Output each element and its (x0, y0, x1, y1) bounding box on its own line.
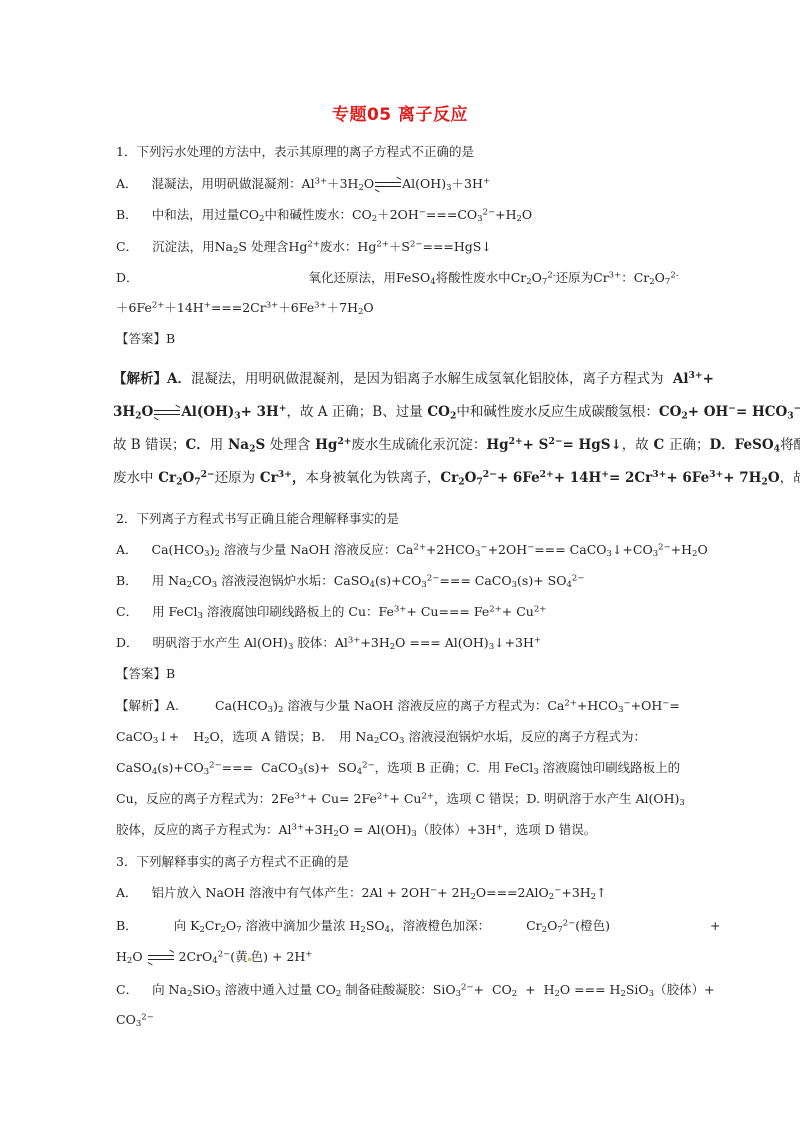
option-label: D． (116, 270, 139, 285)
question-2-stem: 2．下列离子方程式书写正确且能合理解释事实的是 (116, 510, 399, 528)
option-text: 混凝法，用明矾做混凝剂： (152, 176, 302, 191)
question-stem: 下列污水处理的方法中，表示其原理的离子方程式不正确的是 (136, 144, 474, 159)
question-2-analysis-line-5: 胶体，反应的离子方程式为：Al3++3H2O = Al(OH)3（胶体）+3H+… (116, 821, 596, 839)
answer-label: 【答案】 (116, 666, 166, 681)
analysis-label: 【解析】 (113, 371, 167, 387)
question-3-option-c-cont: CO32− (116, 1011, 154, 1029)
question-2-option-c: C．用 FeCl3 溶液腐蚀印刷线路板上的 Cu：Fe3++ Cu=== Fe2… (116, 603, 546, 621)
question-2-analysis-line-1: 【解析】A.Ca(HCO3)2 溶液与少量 NaOH 溶液反应的离子方程式为：C… (116, 697, 680, 715)
equilibrium-arrow-icon (148, 954, 174, 962)
question-1-option-a: A．混凝法，用明矾做混凝剂：Al3+＋3H2OAl(OH)3＋3H+ (116, 175, 490, 193)
question-1-analysis-line-3: 故 B 错误；C．用 Na2S 处理含 Hg2+废水生成硫化汞沉淀：Hg2++ … (113, 436, 800, 454)
question-2-option-d: D．明矾溶于水产生 Al(OH)3 胶体：Al3++3H2O === Al(OH… (116, 634, 541, 652)
question-1-analysis-line-2: 3H2OAl(OH)3+ 3H+，故 A 正确；B、过量 CO2中和碱性废水反应… (113, 403, 800, 421)
question-2-analysis-line-4: Cu，反应的离子方程式为：2Fe3++ Cu= 2Fe2++ Cu2+，选项 C… (116, 790, 685, 808)
question-2-analysis-line-3: CaSO4(s)+CO32−=== CaCO3(s)+ SO42−，选项 B 正… (116, 759, 680, 777)
question-1-option-d: D．氧化还原法，用FeSO4将酸性废水中Cr2O72-还原为Cr3+：Cr2O7… (116, 269, 679, 287)
question-1-option-d-cont: ＋6Fe2+＋14H+===2Cr3+＋6Fe3+＋7H2O (116, 299, 374, 317)
option-label: B． (116, 207, 138, 222)
question-2-answer: 【答案】B (116, 665, 175, 683)
question-number: 3． (116, 854, 136, 869)
answer-value: B (166, 331, 175, 346)
document-page: 专题05 离子反应 1．下列污水处理的方法中，表示其原理的离子方程式不正确的是 … (0, 0, 800, 1132)
question-1-answer: 【答案】B (116, 330, 175, 348)
equilibrium-arrow-icon (375, 181, 401, 189)
option-text-2: 中和碱性废水： (264, 207, 352, 222)
question-1-option-c: C．沉淀法，用Na2S 处理含Hg2+废水：Hg2+＋S2−===HgS↓ (116, 238, 492, 256)
answer-label: 【答案】 (116, 331, 166, 346)
analysis-label: 【解析】 (116, 698, 166, 713)
option-text: 氧化还原法，用 (309, 270, 397, 285)
question-2-option-b: B．用 Na2CO3 溶液浸泡锅炉水垢：CaSO4(s)+CO32−=== Ca… (116, 572, 584, 590)
option-text: 沉淀法，用 (152, 239, 215, 254)
option-text-3: 废水： (320, 239, 358, 254)
answer-value: B (166, 666, 175, 681)
option-text-2: 处理含 (251, 239, 289, 254)
question-1-analysis-line-4: 废水中 Cr2O72−还原为 Cr3+，本身被氧化为铁离子，Cr2O72−+ 6… (113, 469, 800, 487)
option-label: C． (116, 239, 138, 254)
option-label: A． (116, 176, 138, 191)
question-3-stem: 3．下列解释事实的离子方程式不正确的是 (116, 853, 349, 871)
option-text-2: 将酸性废水中 (436, 270, 511, 285)
option-text: 中和法，用过量 (152, 207, 240, 222)
question-1-stem: 1．下列污水处理的方法中，表示其原理的离子方程式不正确的是 (116, 143, 474, 161)
question-2-analysis-line-2: CaCO3↓+H2O，选项 A 错误；B.用 Na2CO3 溶液浸泡锅炉水垢，反… (116, 728, 646, 746)
question-stem: 下列解释事实的离子方程式不正确的是 (136, 854, 349, 869)
option-text-3: 还原为 (556, 270, 594, 285)
question-number: 1． (116, 144, 136, 159)
page-title: 专题05 离子反应 (0, 100, 800, 125)
question-1-analysis-line-1: 【解析】A．混凝法，用明矾做混凝剂，是因为铝离子水解生成氢氧化铝胶体，离子方程式… (113, 370, 714, 388)
question-2-option-a: A．Ca(HCO3)2 溶液与少量 NaOH 溶液反应：Ca2++2HCO3−+… (116, 541, 708, 559)
equilibrium-arrow-icon (154, 409, 180, 417)
question-stem: 下列离子方程式书写正确且能合理解释事实的是 (136, 511, 399, 526)
question-number: 2． (116, 511, 136, 526)
question-3-option-c: C．向 Na2SiO3 溶液中通入过量 CO2 制备硅酸凝胶：SiO32−+ C… (116, 981, 715, 999)
question-3-option-b-cont: H2O 2CrO42−(黄色) + 2H+ (116, 948, 312, 966)
question-3-option-a: A．铝片放入 NaOH 溶液中有气体产生：2Al + 2OH−+ 2H2O===… (116, 884, 607, 902)
question-1-option-b: B．中和法，用过量CO2中和碱性废水：CO2＋2OH−===CO32−+H2O (116, 206, 532, 224)
question-3-option-b: B．向 K2Cr2O7 溶液中滴加少量浓 H2SO4，溶液橙色加深：Cr2O72… (116, 917, 721, 935)
